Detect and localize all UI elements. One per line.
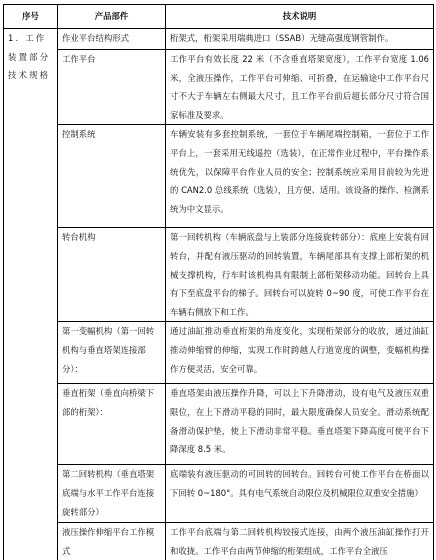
- table-row: 1. 工作装置部分技术规格 作业平台结构形式 桁架式，桁架采用瑞典进口（SSAB…: [4, 29, 434, 50]
- header-seq: 序号: [4, 5, 58, 29]
- desc-cell: 工作平台底端与第二回转机构铰接式连接，由两个液压油缸操作打开和收拢。工作平台由两…: [166, 523, 434, 560]
- part-cell: 第二回转机构（垂直塔架底端与水平工作平台连接旋转部分）: [58, 465, 166, 523]
- part-cell: 工作平台: [58, 50, 166, 125]
- header-part: 产品部件: [58, 5, 166, 29]
- table-row: 控制系统 车辆安装有多套控制系统，一套位于车辆尾端控制箱，一套位于工作平台上，一…: [4, 125, 434, 228]
- table-row: 第二回转机构（垂直塔架底端与水平工作平台连接旋转部分） 底端装有液压驱动的可回转…: [4, 465, 434, 523]
- part-cell: 第一变幅机构（第一回转机构与垂直塔架连接部分）：: [58, 322, 166, 384]
- technical-spec-table: 序号 产品部件 技术说明 1. 工作装置部分技术规格 作业平台结构形式 桁架式，…: [3, 4, 434, 560]
- part-cell: 转台机构: [58, 228, 166, 322]
- header-desc: 技术说明: [166, 5, 434, 29]
- desc-cell: 垂直塔架由液压操作升降，可以上下升降滑动，设有电气及液压双重限位，在上下滑动平稳…: [166, 384, 434, 465]
- desc-cell: 工作平台有效长度 22 米（不含垂直塔架宽度），工作平台宽度 1.06 米，全液…: [166, 50, 434, 125]
- table-row: 工作平台 工作平台有效长度 22 米（不含垂直塔架宽度），工作平台宽度 1.06…: [4, 50, 434, 125]
- part-cell: 作业平台结构形式: [58, 29, 166, 50]
- table-row: 转台机构 第一回转机构（车辆底盘与上装部分连接旋转部分）：底座上安装有回转台，并…: [4, 228, 434, 322]
- table-row: 第一变幅机构（第一回转机构与垂直塔架连接部分）： 通过油缸推动垂直桁架的角度变化…: [4, 322, 434, 384]
- table-row: 液压操作伸缩平台工作模式 工作平台底端与第二回转机构铰接式连接，由两个液压油缸操…: [4, 523, 434, 560]
- table-row: 垂直桁架（垂直向桥梁下部的桁架）： 垂直塔架由液压操作升降，可以上下升降滑动，设…: [4, 384, 434, 465]
- part-cell: 液压操作伸缩平台工作模式: [58, 523, 166, 560]
- part-cell: 垂直桁架（垂直向桥梁下部的桁架）：: [58, 384, 166, 465]
- part-cell: 控制系统: [58, 125, 166, 228]
- desc-cell: 车辆安装有多套控制系统，一套位于车辆尾端控制箱，一套位于工作平台上，一套采用无线…: [166, 125, 434, 228]
- table-header-row: 序号 产品部件 技术说明: [4, 5, 434, 29]
- desc-cell: 通过油缸推动垂直桁架的角度变化，实现桁架部分的收放，通过油缸推动伸缩臂的伸缩，实…: [166, 322, 434, 384]
- desc-cell: 底端装有液压驱动的可回转的回转台。回转台可使工作平台在桥面以下回转 0~180°…: [166, 465, 434, 523]
- desc-cell: 第一回转机构（车辆底盘与上装部分连接旋转部分）：底座上安装有回转台，并配有液压驱…: [166, 228, 434, 322]
- section-label: 1. 工作装置部分技术规格: [4, 29, 58, 560]
- desc-cell: 桁架式，桁架采用瑞典进口（SSAB）无缝高强度钢管制作。: [166, 29, 434, 50]
